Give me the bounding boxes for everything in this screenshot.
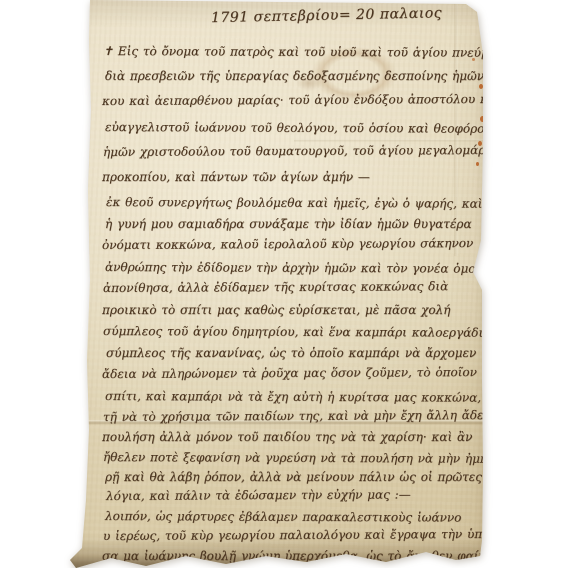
photo-background: 1791 σεπτεβρίου= 20 παλαιος ✝ Εἰς τὸ ὄνο… (0, 0, 568, 568)
manuscript-line: σύμπλεος τοῦ ἁγίου δημητρίου, καὶ ἕνα κα… (103, 324, 481, 347)
manuscript-photo: 1791 σεπτεβρίου= 20 παλαιος ✝ Εἰς τὸ ὄνο… (0, 0, 568, 568)
manuscript-line: ἄδεια νὰ πληρώνομεν τὰ ῥοῦχα μας ὅσον ζο… (102, 365, 481, 388)
manuscript-line: ἡμῶν χριστοδούλου τοῦ θαυματουργοῦ, τοῦ … (103, 143, 481, 170)
manuscript-line: πουλήση ἀλλὰ μόνον τοῦ παιδίου της νὰ τὰ… (102, 430, 481, 450)
manuscript-line: σύμπλεος τῆς κανανίνας, ὡς τὸ ὁποῖο καμπ… (106, 346, 481, 368)
manuscript-line: τῇ νὰ τὸ χρήσιμα τῶν παιδίων της, καὶ νὰ… (103, 408, 481, 430)
manuscript-line: ἐκ θεοῦ συνεργήτως βουλόμεθα καὶ ἡμεῖς, … (106, 195, 481, 218)
manuscript-line: διὰ πρεσβειῶν τῆς ὑπεραγίας δεδοξασμένης… (105, 69, 481, 94)
manuscript-line: ὀνόματι κοκκώνα, καλοῦ ἱερολαλοῦ κὺρ γεω… (102, 236, 481, 259)
manuscript-line: ✝ Εἰς τὸ ὄνομα τοῦ πατρὸς καὶ τοῦ υἱοῦ κ… (103, 44, 481, 71)
manuscript-line: κου καὶ ἀειπαρθένου μαρίας· τοῦ ἁγίου ἐν… (102, 92, 481, 119)
manuscript-line: ἀπονίθησα, ἀλλὰ ἐδίδαμεν τῆς κυρίτσας κο… (103, 279, 481, 302)
manuscript-line: προικικὸ τὸ σπίτι μας καθὼς εὑρίσκεται, … (102, 303, 481, 325)
manuscript-line: ἤθελεν ποτὲ ξεφανίση νὰ γυρεύση νὰ τὰ πο… (103, 450, 481, 471)
manuscript-line: σα μα ἰωάννης βουλῇ γνώμῃ ὑπερχόμεθα, ὡς… (102, 549, 481, 568)
manuscript-paper: 1791 σεπτεβρίου= 20 παλαιος ✝ Εἰς τὸ ὄνο… (56, 0, 488, 568)
manuscript-line: υ ἱερέως, τοῦ κὺρ γεωργίου παλαιολόγου κ… (103, 527, 481, 549)
manuscript-text: ✝ Εἰς τὸ ὄνομα τοῦ πατρὸς καὶ τοῦ υἱοῦ κ… (103, 44, 481, 568)
manuscript-line: ἡ γυνή μου σαμιαδήρα συνάξαμε τὴν ἰδίαν … (105, 217, 481, 239)
date-line: 1791 σεπτεβρίου= 20 παλαιος (211, 6, 411, 26)
manuscript-line: λόγια, καὶ πάλιν τὰ ἐδώσαμεν τὴν εὐχήν μ… (106, 487, 481, 509)
manuscript-line: προκοπίου, καὶ πάντων τῶν ἁγίων ἀμήν — (102, 170, 481, 195)
